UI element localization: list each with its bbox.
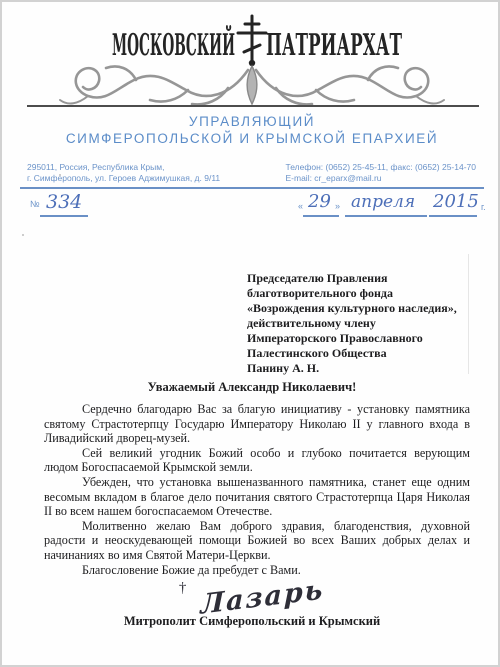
date-month-handwritten: апреля — [351, 192, 415, 212]
contact-block: Телефон: (0652) 25-45-11, факс: (0652) 2… — [286, 162, 477, 184]
addressee-line: действительному члену — [247, 316, 457, 331]
orthodox-cross-icon — [238, 16, 266, 66]
address-line2: г. Симферополь, ул. Героев Аджимушкая, д… — [27, 173, 220, 184]
letter-body: Сердечно благодарю Вас за благую инициат… — [44, 402, 470, 577]
date-month-underline — [345, 215, 427, 217]
ref-number-underline — [40, 215, 88, 217]
ornament-flourish — [60, 66, 444, 104]
address-block: 295011, Россия, Республика Крым, г. Симф… — [27, 162, 220, 184]
phone-line: Телефон: (0652) 25-45-11, факс: (0652) 2… — [286, 162, 477, 173]
addressee-line: благотворительного фонда — [247, 286, 457, 301]
date-day-handwritten: 29 — [308, 191, 331, 212]
body-paragraph: Благословение Божие да пребудет с Вами. — [44, 563, 470, 578]
addressee-line: Председателю Правления — [247, 271, 457, 286]
email-line: E-mail: cr_eparx@mail.ru — [286, 173, 477, 184]
address-line1: 295011, Россия, Республика Крым, — [27, 162, 220, 173]
eparchy-title-line2: СИМФЕРОПОЛЬСКОЙ И КРЫМСКОЙ ЕПАРХИЕЙ — [2, 130, 500, 147]
date-quote-open: « — [298, 201, 303, 211]
scan-speck — [22, 234, 24, 236]
signer-title: Митрополит Симферопольский и Крымский — [2, 614, 500, 629]
ref-number-handwritten: 334 — [46, 191, 82, 213]
addressee-line: Панину А. Н. — [247, 361, 457, 376]
signature-cross-icon: † — [179, 580, 187, 597]
date-year-handwritten: 2015 — [433, 191, 479, 212]
scan-fold-line — [468, 254, 469, 374]
letter-page: МОСКОВСКИЙ ПАТРИАРХАТ УПРАВЛЯЮЩИЙ СИМФЕР… — [0, 0, 500, 667]
masthead-text-right: ПАТРИАРХАТ — [266, 27, 402, 63]
date-year-suffix: г. — [481, 202, 486, 212]
date-quote-close: » — [335, 201, 340, 211]
addressee-block: Председателю Правления благотворительног… — [247, 271, 457, 376]
eparchy-title: УПРАВЛЯЮЩИЙ СИМФЕРОПОЛЬСКОЙ И КРЫМСКОЙ Е… — [2, 113, 500, 147]
salutation: Уважаемый Александр Николаевич! — [2, 380, 500, 395]
addressee-line: Палестинского Общества — [247, 346, 457, 361]
addressee-line: Императорского Православного — [247, 331, 457, 346]
letterhead-divider — [20, 187, 484, 189]
body-paragraph: Сердечно благодарю Вас за благую инициат… — [44, 402, 470, 446]
body-paragraph: Молитвенно желаю Вам доброго здравия, бл… — [44, 519, 470, 563]
eparchy-title-line1: УПРАВЛЯЮЩИЙ — [2, 113, 500, 130]
masthead-divider — [27, 105, 479, 107]
masthead-text-left: МОСКОВСКИЙ — [112, 26, 235, 63]
body-paragraph: Сей великий угодник Божий особо и глубок… — [44, 446, 470, 475]
signature-row: † Лазарь — [2, 580, 500, 613]
ref-number-label: № — [30, 199, 40, 209]
date-year-underline — [429, 215, 477, 217]
date-day-underline — [303, 215, 339, 217]
masthead: МОСКОВСКИЙ ПАТРИАРХАТ — [2, 8, 500, 108]
addressee-line: «Возрождения культурного наследия», — [247, 301, 457, 316]
body-paragraph: Убежден, что установка вышеназванного па… — [44, 475, 470, 519]
scan-speck — [59, 174, 61, 176]
